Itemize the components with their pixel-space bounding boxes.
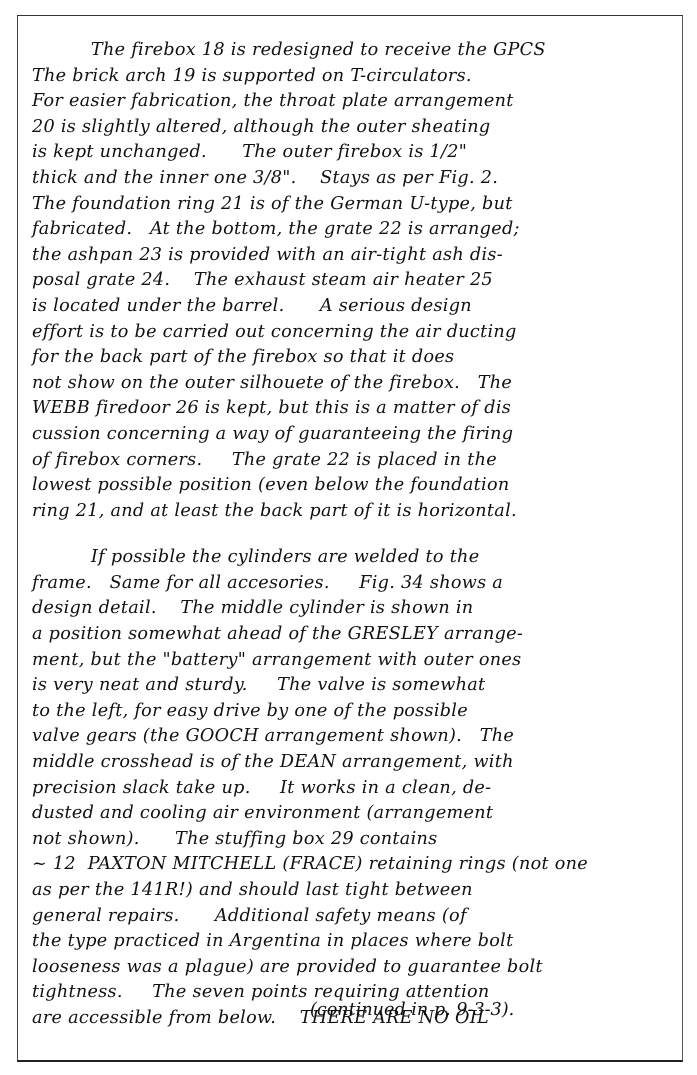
text-line: general repairs. Additional safety means… xyxy=(32,904,672,930)
text-line: is located under the barrel. A serious d… xyxy=(32,294,672,320)
text-line: frame. Same for all accesories. Fig. 34 … xyxy=(32,571,672,597)
text-line: for the back part of the firebox so that… xyxy=(32,345,672,371)
text-line: The brick arch 19 is supported on T-circ… xyxy=(32,64,672,90)
text-line: lowest possible position (even below the… xyxy=(32,473,672,499)
text-line: valve gears (the GOOCH arrangement shown… xyxy=(32,724,672,750)
text-line: WEBB firedoor 26 is kept, but this is a … xyxy=(32,396,672,422)
text-line: precision slack take up. It works in a c… xyxy=(32,776,672,802)
text-line: fabricated. At the bottom, the grate 22 … xyxy=(32,217,672,243)
text-line: posal grate 24. The exhaust steam air he… xyxy=(32,268,672,294)
text-line: The foundation ring 21 is of the German … xyxy=(32,192,672,218)
text-line: design detail. The middle cylinder is sh… xyxy=(32,596,672,622)
text-line: cussion concerning a way of guaranteeing… xyxy=(32,422,672,448)
text-line: not shown). The stuffing box 29 contains xyxy=(32,827,672,853)
text-line: of firebox corners. The grate 22 is plac… xyxy=(32,448,672,474)
text-line: as per the 141R!) and should last tight … xyxy=(32,878,672,904)
text-line: If possible the cylinders are welded to … xyxy=(32,545,672,571)
paragraph-cylinders: If possible the cylinders are welded to … xyxy=(32,545,672,1031)
text-line: For easier fabrication, the throat plate… xyxy=(32,89,672,115)
text-line: effort is to be carried out concerning t… xyxy=(32,320,672,346)
paragraph-firebox: The firebox 18 is redesigned to receive … xyxy=(32,38,672,524)
text-line: The firebox 18 is redesigned to receive … xyxy=(32,38,672,64)
text-line: middle crosshead is of the DEAN arrangem… xyxy=(32,750,672,776)
text-line: the type practiced in Argentina in place… xyxy=(32,929,672,955)
text-line: the ashpan 23 is provided with an air-ti… xyxy=(32,243,672,269)
text-line: ring 21, and at least the back part of i… xyxy=(32,499,672,525)
text-line: dusted and cooling air environment (arra… xyxy=(32,801,672,827)
continuation-note: (continued in p. 9-3-3). xyxy=(310,1000,514,1020)
text-line: a position somewhat ahead of the GRESLEY… xyxy=(32,622,672,648)
text-line: ment, but the "battery" arrangement with… xyxy=(32,648,672,674)
text-line: looseness was a plague) are provided to … xyxy=(32,955,672,981)
text-line: thick and the inner one 3/8". Stays as p… xyxy=(32,166,672,192)
text-line: not show on the outer silhouete of the f… xyxy=(32,371,672,397)
text-line: 20 is slightly altered, although the out… xyxy=(32,115,672,141)
text-line: to the left, for easy drive by one of th… xyxy=(32,699,672,725)
handwritten-text-body: The firebox 18 is redesigned to receive … xyxy=(32,38,672,1032)
paragraph-spacer xyxy=(32,524,672,545)
text-line: is kept unchanged. The outer firebox is … xyxy=(32,140,672,166)
text-line: is very neat and sturdy. The valve is so… xyxy=(32,673,672,699)
text-line: ~ 12 PAXTON MITCHELL (FRACE) retaining r… xyxy=(32,852,672,878)
